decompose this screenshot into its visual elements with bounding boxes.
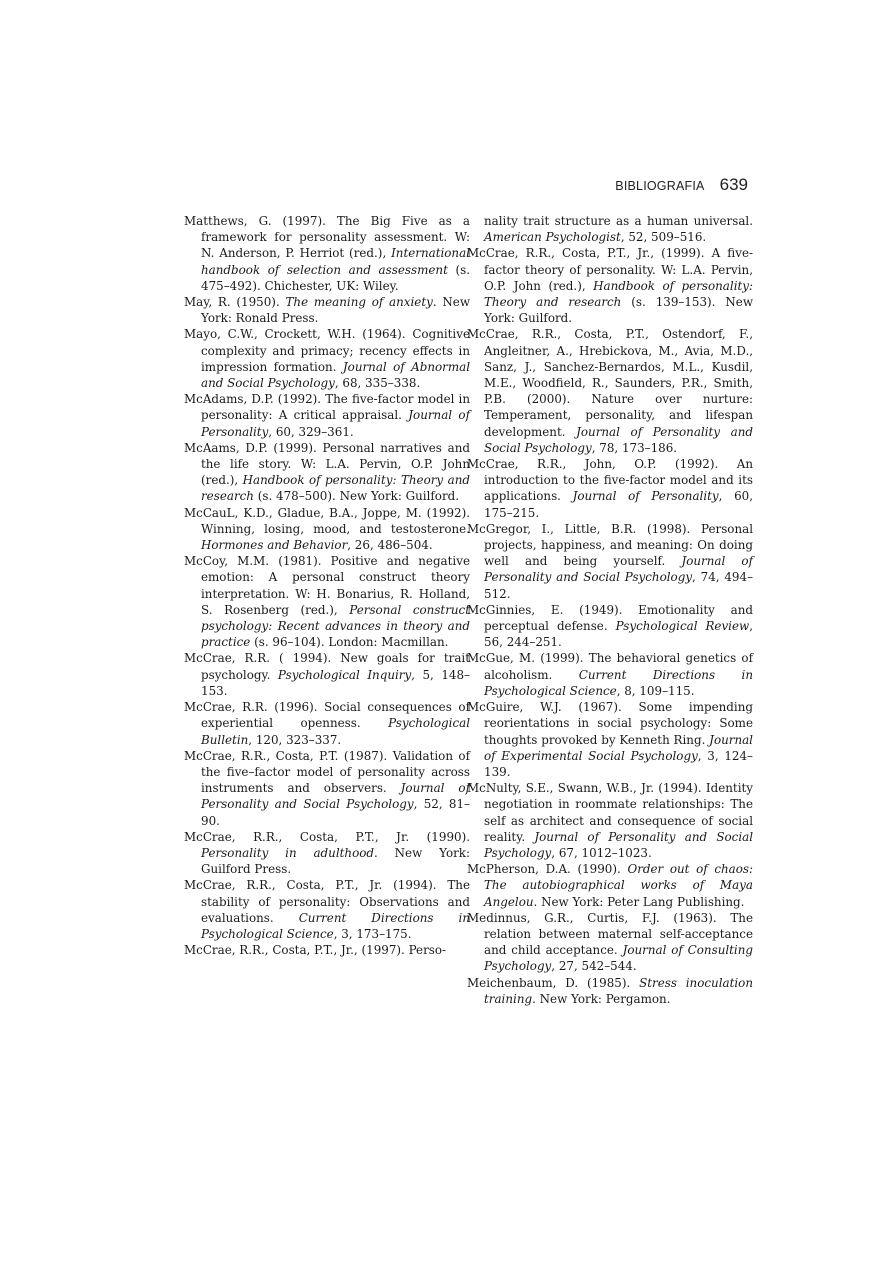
reference-entry: McGuire, W.J. (1967). Some impending reo… <box>467 699 753 780</box>
reference-entry: Mayo, C.W., Crockett, W.H. (1964). Cogni… <box>184 326 470 391</box>
reference-entry: McCrae, R.R., John, O.P. (1992). An intr… <box>467 456 753 521</box>
reference-entry: McCrae, R.R., Costa, P.T., Ostendorf, F.… <box>467 326 753 456</box>
running-head: BIBLIOGRAFIA <box>615 179 704 193</box>
reference-entry: Meichenbaum, D. (1985). Stress inoculati… <box>467 975 753 1007</box>
page-header: BIBLIOGRAFIA 639 <box>540 175 748 195</box>
reference-entry: Matthews, G. (1997). The Big Five as a f… <box>184 213 470 294</box>
reference-entry-continuation: nality trait structure as a human univer… <box>467 213 753 245</box>
reference-entry: McCrae, R.R., Costa, P.T., Jr., (1999). … <box>467 245 753 326</box>
right-column: nality trait structure as a human univer… <box>467 213 753 1007</box>
reference-entry: McPherson, D.A. (1990). Order out of cha… <box>467 861 753 910</box>
reference-entry: McCrae, R.R., Costa, P.T., Jr., (1997). … <box>184 942 470 958</box>
page-number: 639 <box>720 175 748 194</box>
reference-entry: McAdams, D.P. (1992). The five-factor mo… <box>184 391 470 440</box>
reference-entry: McCrae, R.R., Costa, P.T., Jr. (1990). P… <box>184 829 470 878</box>
reference-entry: May, R. (1950). The meaning of anxiety. … <box>184 294 470 326</box>
reference-entry: McGinnies, E. (1949). Emotionality and p… <box>467 602 753 651</box>
reference-entry: Medinnus, G.R., Curtis, F.J. (1963). The… <box>467 910 753 975</box>
reference-entry: McCrae, R.R., Costa, P.T. (1987). Valida… <box>184 748 470 829</box>
reference-entry: McCrae, R.R. (1996). Social consequences… <box>184 699 470 748</box>
reference-entry: McCrae, R.R., Costa, P.T., Jr. (1994). T… <box>184 877 470 942</box>
reference-entry: McCauL, K.D., Gladue, B.A., Joppe, M. (1… <box>184 505 470 554</box>
reference-entry: McNulty, S.E., Swann, W.B., Jr. (1994). … <box>467 780 753 861</box>
reference-entry: McAams, D.P. (1999). Personal narratives… <box>184 440 470 505</box>
left-column: Matthews, G. (1997). The Big Five as a f… <box>184 213 470 958</box>
reference-entry: McGregor, I., Little, B.R. (1998). Perso… <box>467 521 753 602</box>
reference-entry: McGue, M. (1999). The behavioral genetic… <box>467 650 753 699</box>
reference-entry: McCoy, M.M. (1981). Positive and negativ… <box>184 553 470 650</box>
reference-entry: McCrae, R.R. ( 1994). New goals for trai… <box>184 650 470 699</box>
